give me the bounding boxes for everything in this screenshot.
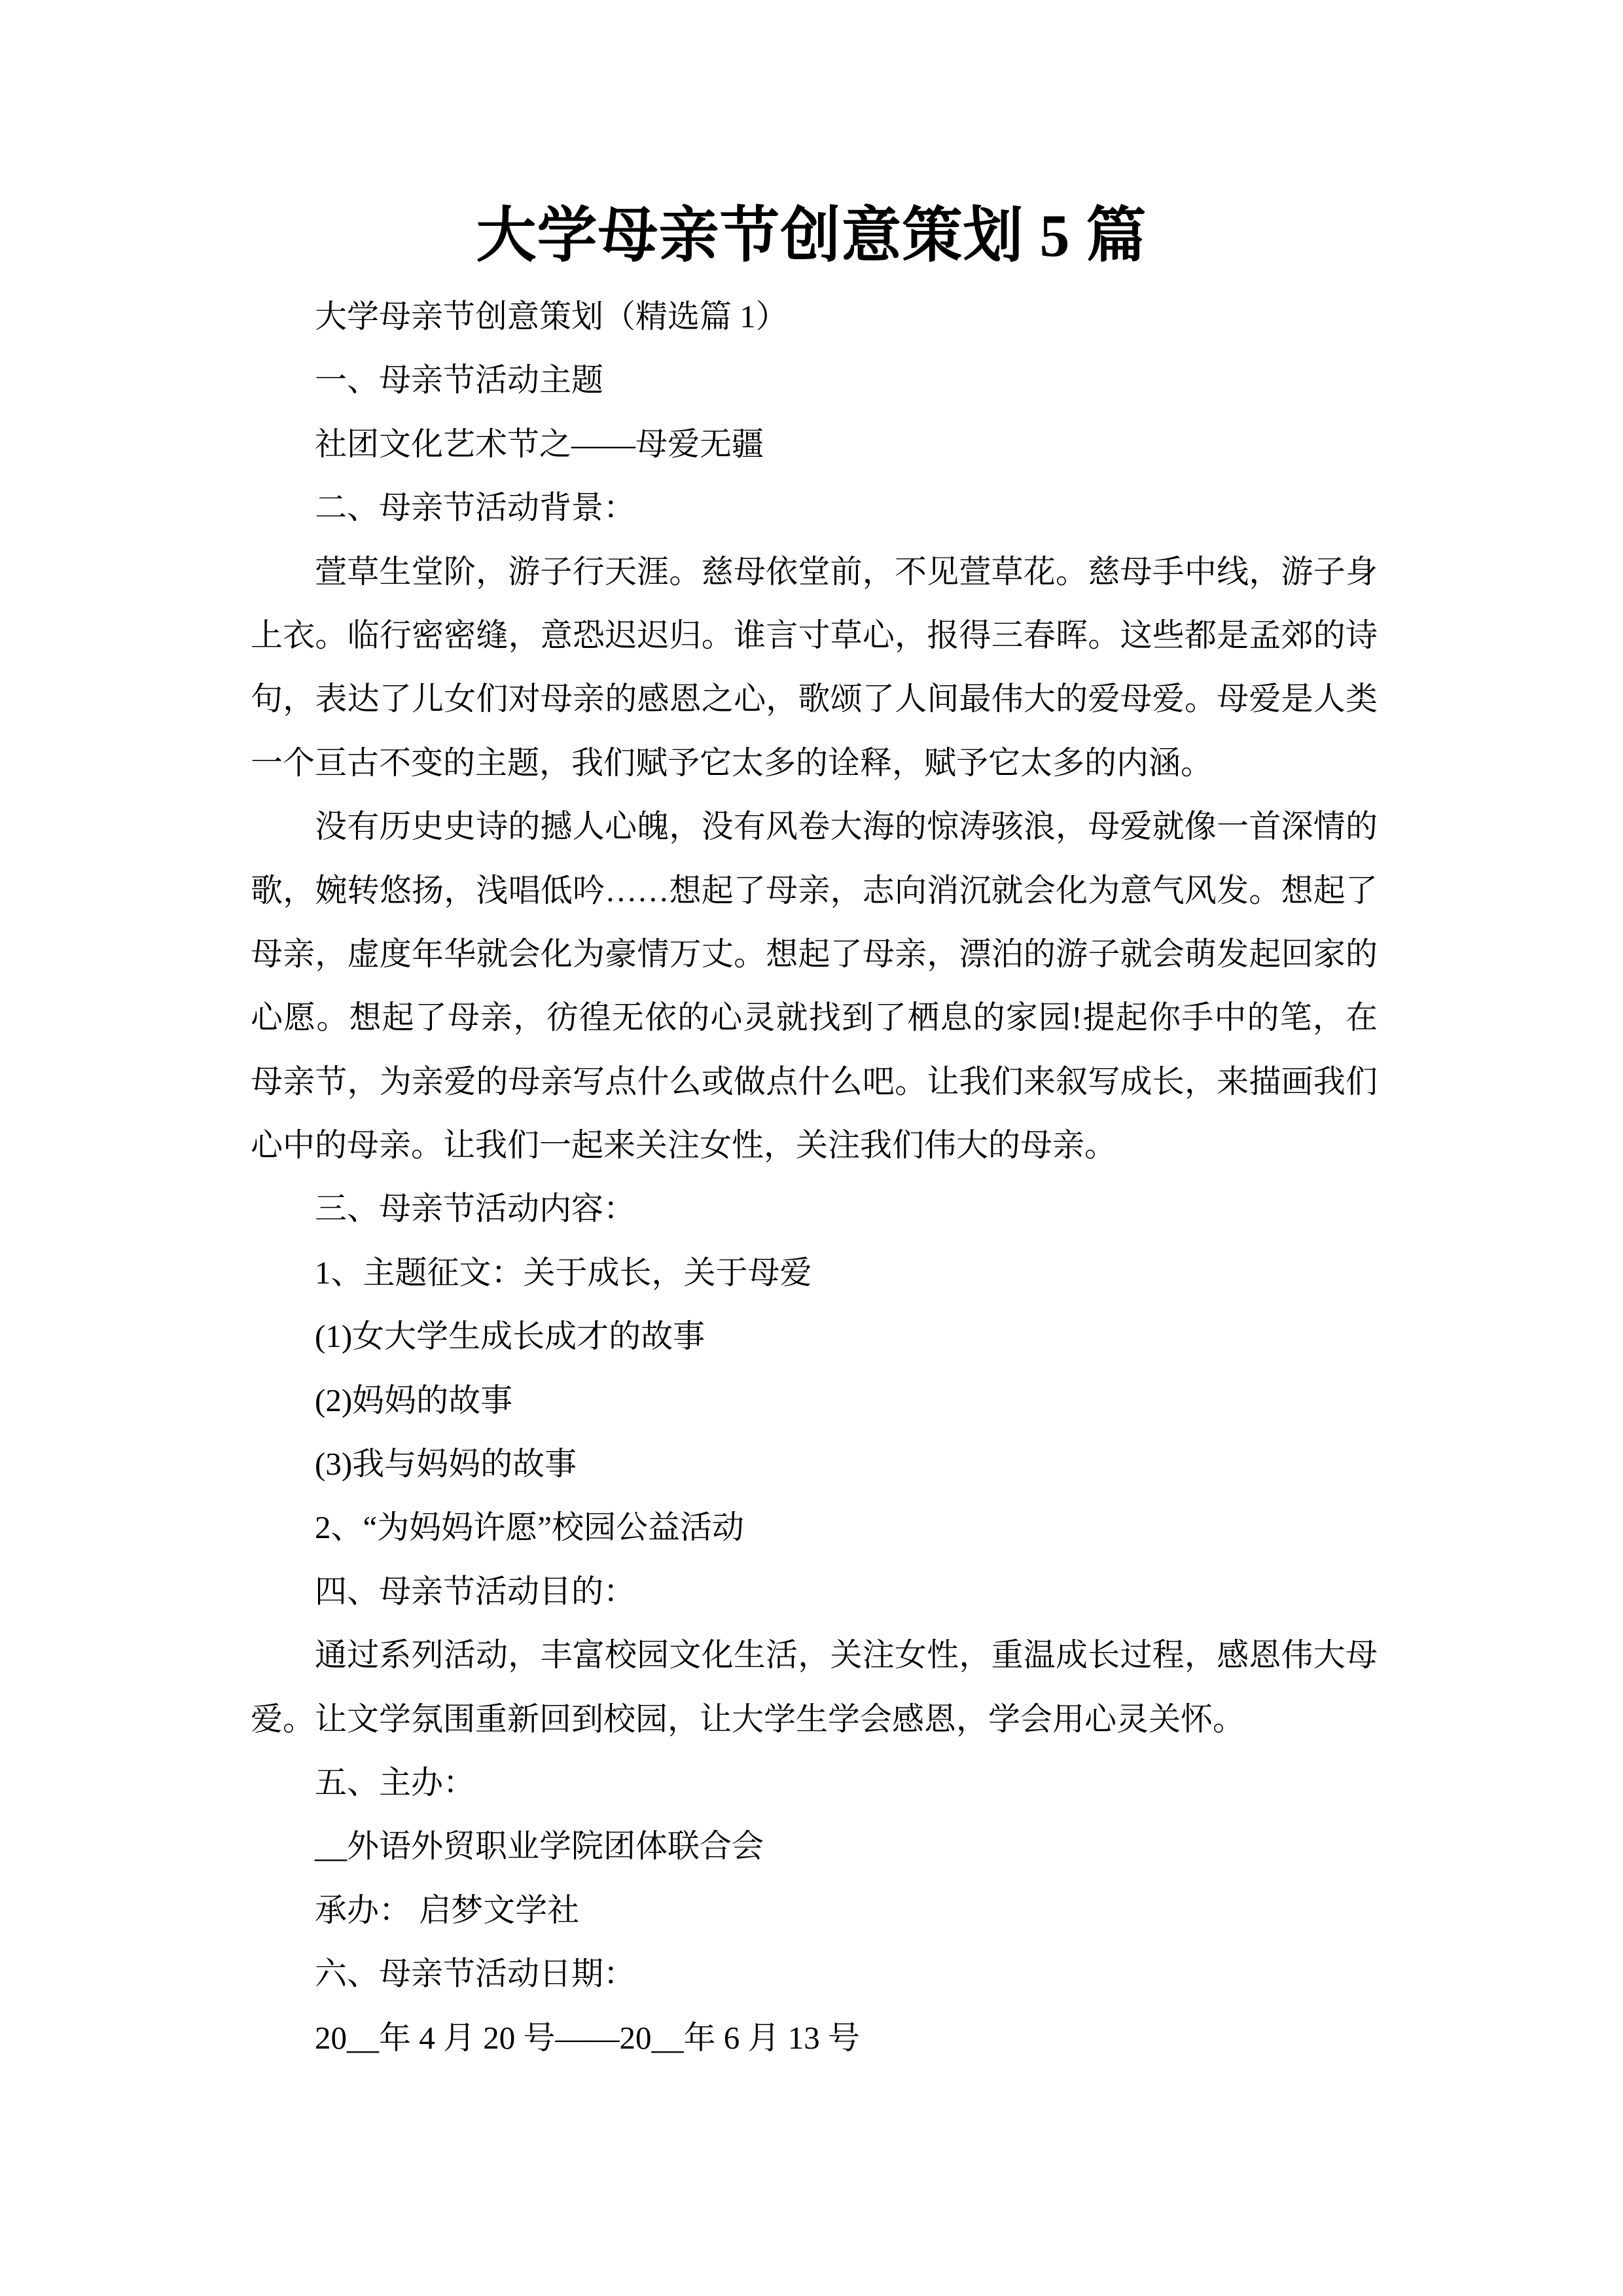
text-line: 心愿。想起了母亲，彷徨无依的心灵就找到了栖息的家园!提起你手中的笔，在: [251, 986, 1378, 1049]
text-line: 萱草生堂阶，游子行天涯。慈母依堂前，不见萱草花。慈母手中线，游子身: [251, 540, 1378, 603]
document-title: 大学母亲节创意策划 5 篇: [0, 0, 1623, 268]
text-line: 20__年 4 月 20 号——20__年 6 月 13 号: [251, 2006, 1378, 2070]
text-line: 母亲节，为亲爱的母亲写点什么或做点什么吧。让我们来叙写成长，来描画我们: [251, 1050, 1378, 1113]
text-line: (3)我与妈妈的故事: [251, 1432, 1378, 1496]
text-line: 社团文化艺术节之——母爱无疆: [251, 412, 1378, 476]
text-line: 承办： 启梦文学社: [251, 1878, 1378, 1942]
text-line: 上衣。临行密密缝，意恐迟迟归。谁言寸草心，报得三春晖。这些都是孟郊的诗: [251, 603, 1378, 667]
text-line: 一、母亲节活动主题: [251, 348, 1378, 412]
text-line: 四、母亲节活动目的：: [251, 1560, 1378, 1623]
text-line: 大学母亲节创意策划（精选篇 1）: [251, 285, 1378, 348]
text-line: 2、“为妈妈许愿”校园公益活动: [251, 1496, 1378, 1559]
text-line: 爱。让文学氛围重新回到校园，让大学生学会感恩，学会用心灵关怀。: [251, 1687, 1378, 1751]
document-body: 大学母亲节创意策划（精选篇 1）一、母亲节活动主题社团文化艺术节之——母爱无疆二…: [251, 285, 1378, 2070]
text-line: 通过系列活动，丰富校园文化生活，关注女性，重温成长过程，感恩伟大母: [251, 1623, 1378, 1687]
text-line: 心中的母亲。让我们一起来关注女性，关注我们伟大的母亲。: [251, 1113, 1378, 1177]
text-line: 没有历史史诗的撼人心魄，没有风卷大海的惊涛骇浪，母爱就像一首深情的: [251, 795, 1378, 858]
text-line: 句，表达了儿女们对母亲的感恩之心，歌颂了人间最伟大的爱母爱。母爱是人类: [251, 667, 1378, 730]
text-line: 三、母亲节活动内容：: [251, 1177, 1378, 1240]
text-line: (2)妈妈的故事: [251, 1369, 1378, 1432]
document-page: 大学母亲节创意策划 5 篇 大学母亲节创意策划（精选篇 1）一、母亲节活动主题社…: [0, 0, 1623, 2296]
text-line: 1、主题征文：关于成长，关于母爱: [251, 1241, 1378, 1304]
text-line: 母亲，虚度年华就会化为豪情万丈。想起了母亲，漂泊的游子就会萌发起回家的: [251, 922, 1378, 986]
text-line: 五、主办：: [251, 1751, 1378, 1814]
text-line: (1)女大学生成长成才的故事: [251, 1304, 1378, 1368]
text-line: 六、母亲节活动日期：: [251, 1942, 1378, 2005]
text-line: 一个亘古不变的主题，我们赋予它太多的诠释，赋予它太多的内涵。: [251, 731, 1378, 795]
text-line: __外语外贸职业学院团体联合会: [251, 1814, 1378, 1878]
text-line: 歌，婉转悠扬，浅唱低吟……想起了母亲，志向消沉就会化为意气风发。想起了: [251, 859, 1378, 922]
text-line: 二、母亲节活动背景：: [251, 476, 1378, 539]
